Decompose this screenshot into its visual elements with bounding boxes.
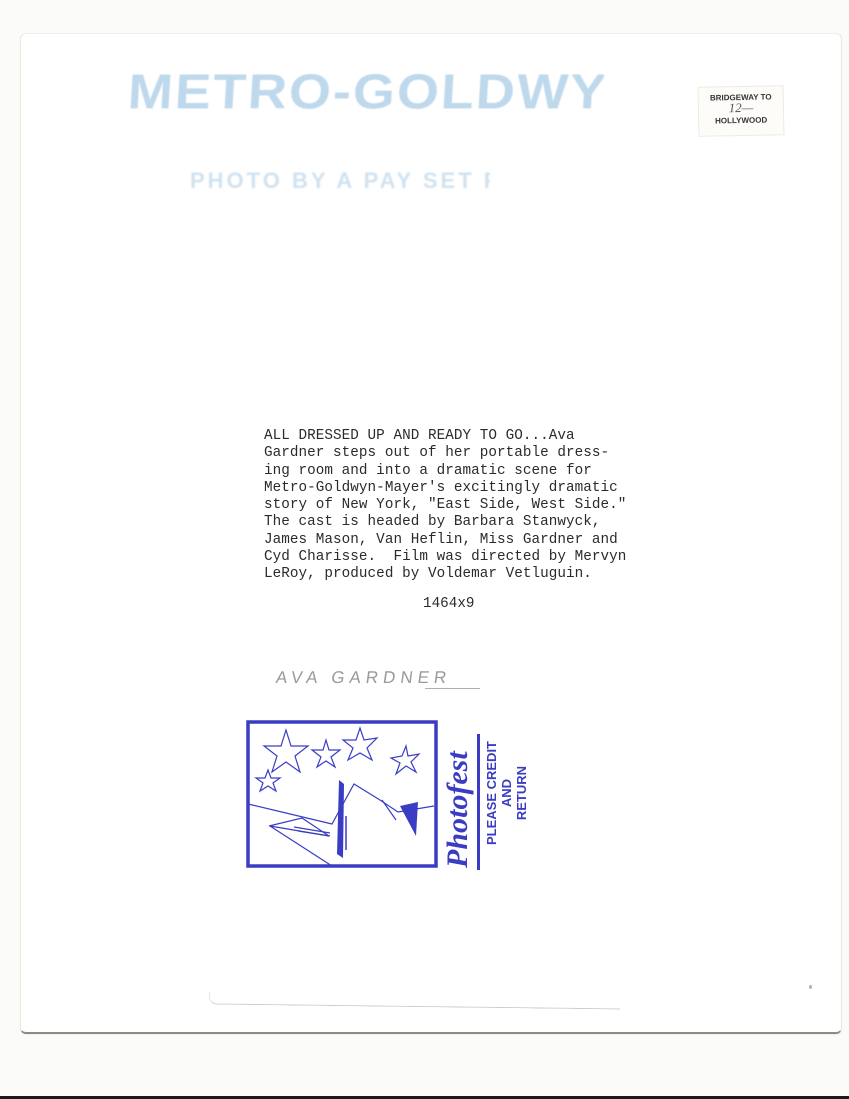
typed-caption: ALL DRESSED UP AND READY TO GO...AvaGard… (264, 428, 704, 584)
caption-line: The cast is headed by Barbara Stanwyck, (264, 514, 704, 531)
stars-and-mountains-icon (246, 720, 440, 868)
credit-notice: PLEASE CREDIT AND RETURN (484, 734, 529, 852)
credit-line-2: AND (499, 734, 514, 852)
reference-code: 1464x9 (423, 596, 474, 612)
caption-line: James Mason, Van Heflin, Miss Gardner an… (264, 532, 704, 549)
photofest-divider (477, 734, 480, 870)
faded-stamp-subline: PHOTO BY A PAY SET PRINT (190, 168, 490, 204)
label-handwritten-number: 12— (699, 101, 783, 114)
caption-line: ing room and into a dramatic scene for (264, 463, 704, 480)
caption-line: LeRoy, produced by Voldemar Vetluguin. (264, 566, 704, 583)
caption-line: Metro-Goldwyn-Mayer's excitingly dramati… (264, 480, 704, 497)
label-line-2: HOLLYWOOD (699, 115, 783, 125)
credit-line-1: PLEASE CREDIT (484, 734, 499, 852)
handwriting-underline (425, 688, 480, 689)
caption-line: Gardner steps out of her portable dress- (264, 445, 704, 462)
credit-line-3: RETURN (514, 734, 529, 852)
handwritten-note: AVA GARDNER (275, 668, 453, 688)
caption-line: ALL DRESSED UP AND READY TO GO...Ava (264, 428, 704, 445)
paper-speck (809, 985, 812, 989)
photofest-brand: Photofest (440, 728, 476, 868)
print-edge-line (209, 991, 620, 1009)
photofest-stamp: Photofest PLEASE CREDIT AND RETURN (246, 720, 546, 875)
caption-line: story of New York, "East Side, West Side… (264, 497, 704, 514)
sticker-label: BRIDGEWAY TO 12— HOLLYWOOD (698, 85, 785, 136)
caption-line: Cyd Charisse. Film was directed by Mervy… (264, 549, 704, 566)
faded-studio-stamp: METRO-GOLDWYN-MAYER (126, 56, 605, 128)
